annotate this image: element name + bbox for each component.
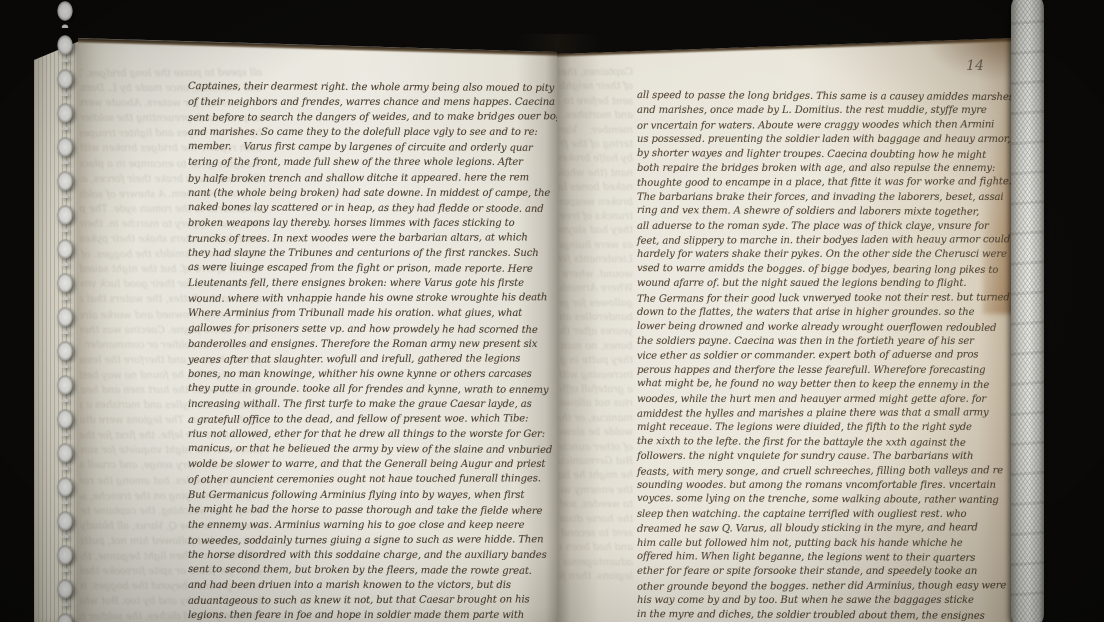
- manuscript-text-line: as were liuinge escaped from the fight o…: [188, 260, 556, 277]
- right-page-text: all speed to passe the long bridges. Thi…: [637, 90, 1013, 622]
- manuscript-text-line: he might he bad the horse to passe thoro…: [188, 502, 556, 519]
- manuscript-text-line: thoughte good to encampe in a place, tha…: [637, 176, 1013, 192]
- manuscript-text-line: Where Arminius from Tribunall made his o…: [559, 282, 633, 296]
- manuscript-text-line: aduantageous to such as knew it not, but…: [188, 592, 556, 609]
- mesh-book-weight-right: [1011, 0, 1044, 622]
- manuscript-text-line: vice ether as soldier or commander. expe…: [637, 348, 1013, 364]
- manuscript-text-line: and had been driuen into a marish knowen…: [559, 541, 633, 555]
- manuscript-text-line: and marishes. So came they to the dolefu…: [559, 109, 633, 123]
- manuscript-text-line: the soldiers payne. Caecina was then in …: [637, 335, 1013, 349]
- manuscript-text-line: nant (the whole being broken) had sate d…: [188, 186, 556, 201]
- manuscript-text-line: of other auncient ceremonies ought not h…: [188, 472, 556, 489]
- manuscript-text-line: yeares after that slaughter. wofull and …: [559, 325, 633, 340]
- manuscript-text-line: legions. then feare in foe and hope in s…: [559, 570, 633, 584]
- manuscript-text-line: of their neighbors and frendes, warres c…: [559, 80, 633, 94]
- manuscript-text-line: sounding woodes. but among the romans vn…: [637, 479, 1013, 493]
- manuscript-text-line: of other auncient ceremonies ought not h…: [559, 440, 633, 455]
- manuscript-text-line: tering of the front, made full shew of t…: [188, 155, 556, 170]
- manuscript-text-line: they putte in grounde. tooke all for fre…: [559, 354, 633, 369]
- manuscript-text-line: legions. then feare in foe and hope in s…: [188, 608, 556, 622]
- manuscript-text-line: by halfe broken trench and shallow ditch…: [559, 152, 633, 167]
- manuscript-text-line: voyces. some lying on the trenche, some …: [637, 492, 1013, 508]
- manuscript-text-line: his way come by and by too. But when he …: [637, 594, 1013, 608]
- manuscript-text-line: a gratefull office to the dead, and fell…: [188, 411, 556, 428]
- manuscript-text-line: the ennemy was. Arminius warning his to …: [188, 518, 556, 533]
- left-page-text: Captaines, their dearmest right. the who…: [188, 80, 556, 622]
- manuscript-text-line: banderolles and ensignes. Therefore the …: [188, 337, 556, 352]
- manuscript-text-line: by halfe broken trench and shallow ditch…: [188, 170, 556, 187]
- manuscript-text-line: all aduerse to the roman syde. The place…: [637, 220, 1013, 234]
- manuscript-text-line: wolde be slower to warre, and that the G…: [559, 426, 633, 440]
- manuscript-text-line: of their neighbors and frendes, warres c…: [188, 95, 556, 110]
- manuscript-text-line: in the myre and diches, the soldier trou…: [637, 608, 1013, 622]
- manuscript-text-line: a gratefull office to the dead, and fell…: [559, 383, 633, 398]
- manuscript-text-line: the horse disordred with this soddaine c…: [559, 513, 633, 527]
- manuscript-text-line: the xixth to the lefte. the first for th…: [637, 435, 1013, 451]
- left-page: all speed to passe the long bridges. Thi…: [78, 36, 557, 622]
- manuscript-text-line: wolde be slower to warre, and that the G…: [188, 457, 556, 472]
- manuscript-text-line: Lieutenants fell, there ensignes broken:…: [559, 253, 633, 267]
- manuscript-text-line: all speed to passe the long bridges. Thi…: [637, 89, 1013, 105]
- manuscript-text-line: offered him. When light beganne, the leg…: [637, 550, 1013, 566]
- manuscript-text-line: and marishes. So came they to the dolefu…: [188, 125, 556, 140]
- manuscript-text-line: to weedes, soddainly turnes giuing a sig…: [188, 532, 556, 549]
- manuscript-text-line: they putte in grounde. tooke all for fre…: [188, 381, 556, 398]
- manuscript-text-line: ether for feare or spite forsooke their …: [637, 565, 1013, 579]
- manuscript-text-line: naked bones lay scattered or in heap, as…: [188, 200, 556, 217]
- manuscript-text-line: wound. where with vnhappie hande his own…: [559, 268, 633, 283]
- manuscript-text-line: what might be, he found no way better th…: [637, 377, 1013, 393]
- manuscript-text-line: dreamed he saw Q. Varus, all bloudy stic…: [637, 521, 1013, 537]
- manuscript-photograph: all speed to passe the long bridges. Thi…: [0, 0, 1104, 622]
- manuscript-text-line: amiddest the hylles and marishes a plain…: [637, 406, 1013, 422]
- manuscript-text-line: vsed to warre amidds the bogges. of bigg…: [637, 262, 1013, 278]
- manuscript-text-line: But Germanicus following Arminius flying…: [559, 455, 633, 469]
- manuscript-text-line: to weedes, soddainly turnes giuing a sig…: [559, 498, 633, 513]
- manuscript-text-line: Captaines, their dearmest right. the who…: [188, 79, 556, 96]
- manuscript-text-line: member. Varus first campe by largenes of…: [559, 123, 633, 138]
- manuscript-text-line: and marishes, once made by L. Domitius. …: [637, 104, 1013, 118]
- manuscript-text-line: naked bones lay scattered or in heap, as…: [559, 181, 633, 196]
- manuscript-text-line: him calle but followed him not, putting …: [637, 537, 1013, 551]
- manuscript-text-line: the horse disordred with this soddaine c…: [188, 548, 556, 563]
- manuscript-text-line: aduantageous to such as knew it not, but…: [559, 556, 633, 571]
- verso-showthrough-text: Captaines, their dearmest right. the who…: [559, 66, 633, 622]
- page-number: 14: [966, 58, 984, 74]
- manuscript-text-line: hardely for waters shake their pykes. On…: [637, 248, 1013, 262]
- manuscript-text-line: sent before to search the dangers of wei…: [188, 109, 556, 126]
- manuscript-text-line: the ennemy was. Arminius warning his to …: [559, 484, 633, 498]
- manuscript-text-line: Lieutenants fell, there ensignes broken:…: [188, 276, 556, 291]
- manuscript-text-line: The Germans for their good luck vnweryed…: [637, 291, 1013, 307]
- right-page: Captaines, their dearmest right. the who…: [557, 36, 1014, 622]
- manuscript-text-line: down to the flattes, the waters that ari…: [637, 306, 1013, 320]
- manuscript-text-line: lower being drowned and worke already wr…: [637, 320, 1013, 336]
- manuscript-text-line: manicus, or that he belieued the army by…: [188, 441, 556, 458]
- manuscript-text-line: truncks of trees. In next woodes were th…: [559, 210, 633, 225]
- manuscript-text-line: increasing withall. The first turfe to m…: [559, 369, 633, 383]
- manuscript-text-line: sent before to search the dangers of wei…: [559, 95, 633, 110]
- manuscript-text-line: feasts, with mery songe, and cruell schr…: [637, 464, 1013, 480]
- manuscript-text-line: perous happes and therfore the lesse fea…: [637, 364, 1013, 378]
- manuscript-text-line: truncks of trees. In next woodes were th…: [188, 230, 556, 247]
- manuscript-text-line: both repaire the bridges broken with age…: [637, 162, 1013, 176]
- manuscript-text-line: followers. the night vnquiete for sundry…: [637, 450, 1013, 464]
- manuscript-text-line: Captaines, their dearmest right. the who…: [559, 66, 633, 81]
- manuscript-text-line: banderolles and ensignes. Therefore the …: [559, 311, 633, 325]
- manuscript-text-line: sent to second them, but broken by the f…: [559, 527, 633, 542]
- manuscript-text-line: as were liuinge escaped from the fight o…: [559, 239, 633, 254]
- manuscript-text-line: might receaue. The legions were diuided,…: [637, 421, 1013, 435]
- manuscript-text-line: sleep then watching. the captaine terrif…: [637, 508, 1013, 522]
- manuscript-text-line: yeares after that slaughter. wofull and …: [188, 351, 556, 368]
- manuscript-text-line: broken weapons lay thereby. horses limme…: [559, 196, 633, 210]
- manuscript-text-line: rius not allowed, ether for that he drew…: [188, 427, 556, 442]
- manuscript-text-line: they had slayne the Tribunes and centuri…: [559, 224, 633, 238]
- manuscript-text-line: manicus, or that he belieued the army by…: [559, 412, 633, 427]
- manuscript-text-line: and had been driuen into a marish knowen…: [188, 578, 556, 593]
- manuscript-text-line: other grounde beyond the bogges. nether …: [637, 579, 1013, 595]
- manuscript-text-line: ring and vex them. A shewre of soldiers …: [637, 204, 1013, 220]
- manuscript-text-line: they had slayne the Tribunes and centuri…: [188, 246, 556, 261]
- manuscript-text-line: gallowes for prisoners sette vp. and how…: [188, 321, 556, 338]
- manuscript-text-line: But Germanicus following Arminius flying…: [188, 488, 556, 503]
- manuscript-text-line: bones, no man knowinge, whither his owne…: [188, 367, 556, 382]
- manuscript-text-line: increasing withall. The first turfe to m…: [188, 397, 556, 412]
- manuscript-text-line: wound afarre of. but the night saued the…: [637, 277, 1013, 291]
- manuscript-text-line: by shorter wayes and lighter troupes. Ca…: [637, 147, 1013, 163]
- manuscript-text-line: woodes, while the hurt men and heauyer a…: [637, 393, 1013, 407]
- manuscript-text-line: bones, no man knowinge, whither his owne…: [559, 340, 633, 354]
- manuscript-text-line: broken weapons lay thereby. horses limme…: [188, 216, 556, 231]
- manuscript-text-line: rius not allowed, ether for that he drew…: [559, 397, 633, 411]
- manuscript-text-line: The barbarians brake their forces, and i…: [637, 191, 1013, 205]
- manuscript-text-line: gallowes for prisoners sette vp. and how…: [559, 296, 633, 311]
- manuscript-text-line: or vncertain for waters. Aboute were cra…: [637, 118, 1013, 134]
- manuscript-text-line: tering of the front, made full shew of t…: [559, 138, 633, 152]
- page-top-edge: [78, 38, 557, 57]
- manuscript-text-line: member. Varus first campe by largenes of…: [188, 139, 556, 156]
- manuscript-text-line: feet, and slippery to marche in. their b…: [637, 233, 1013, 249]
- beaded-book-weight-left: [52, 0, 78, 622]
- manuscript-text-line: he might he bad the horse to passe thoro…: [559, 469, 633, 484]
- manuscript-text-line: sent to second them, but broken by the f…: [188, 562, 556, 579]
- manuscript-text-line: Where Arminius from Tribunall made his o…: [188, 306, 556, 321]
- manuscript-text-line: wound. where with vnhappie hande his own…: [188, 291, 556, 308]
- manuscript-text-line: us possessed. preuenting the soldier lad…: [637, 133, 1013, 147]
- manuscript-text-line: nant (the whole being broken) had sate d…: [559, 167, 633, 181]
